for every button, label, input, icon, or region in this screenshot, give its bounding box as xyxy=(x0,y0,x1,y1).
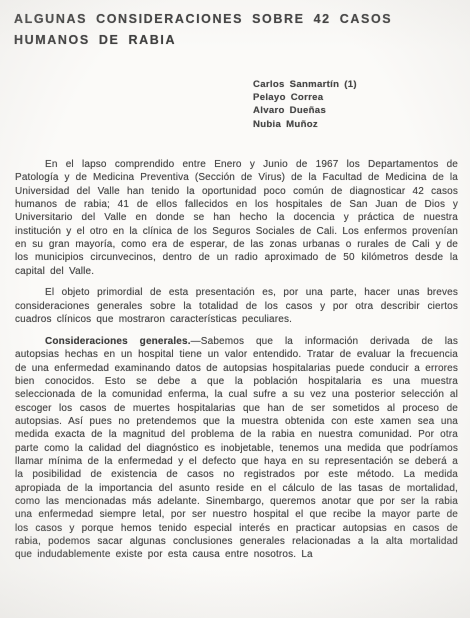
section-heading-consideraciones-generales: Consideraciones generales. xyxy=(45,336,191,347)
author-name: Alvaro Dueñas xyxy=(253,104,470,117)
paragraph-objective: El objeto primordial de esta presentació… xyxy=(15,286,458,326)
paragraph-consideraciones-text: —Sabemos que la información derivada de … xyxy=(15,336,458,561)
paper-title-line-1: ALGUNAS CONSIDERACIONES SOBRE 42 CASOS xyxy=(14,9,430,30)
paper-body: En el lapso comprendido entre Enero y Ju… xyxy=(15,158,458,562)
paper-title: ALGUNAS CONSIDERACIONES SOBRE 42 CASOS H… xyxy=(14,9,430,51)
author-name: Pelayo Correa xyxy=(253,91,470,104)
author-name: Carlos Sanmartín (1) xyxy=(253,78,470,91)
paragraph-consideraciones-generales: Consideraciones generales.—Sabemos que l… xyxy=(15,335,458,562)
author-list: Carlos Sanmartín (1) Pelayo Correa Alvar… xyxy=(253,78,470,131)
paragraph-intro: En el lapso comprendido entre Enero y Ju… xyxy=(15,158,458,278)
author-name: Nubia Muñoz xyxy=(253,118,470,131)
paper-title-line-2: HUMANOS DE RABIA xyxy=(14,30,430,51)
scanned-paper-page: ALGUNAS CONSIDERACIONES SOBRE 42 CASOS H… xyxy=(0,0,470,618)
